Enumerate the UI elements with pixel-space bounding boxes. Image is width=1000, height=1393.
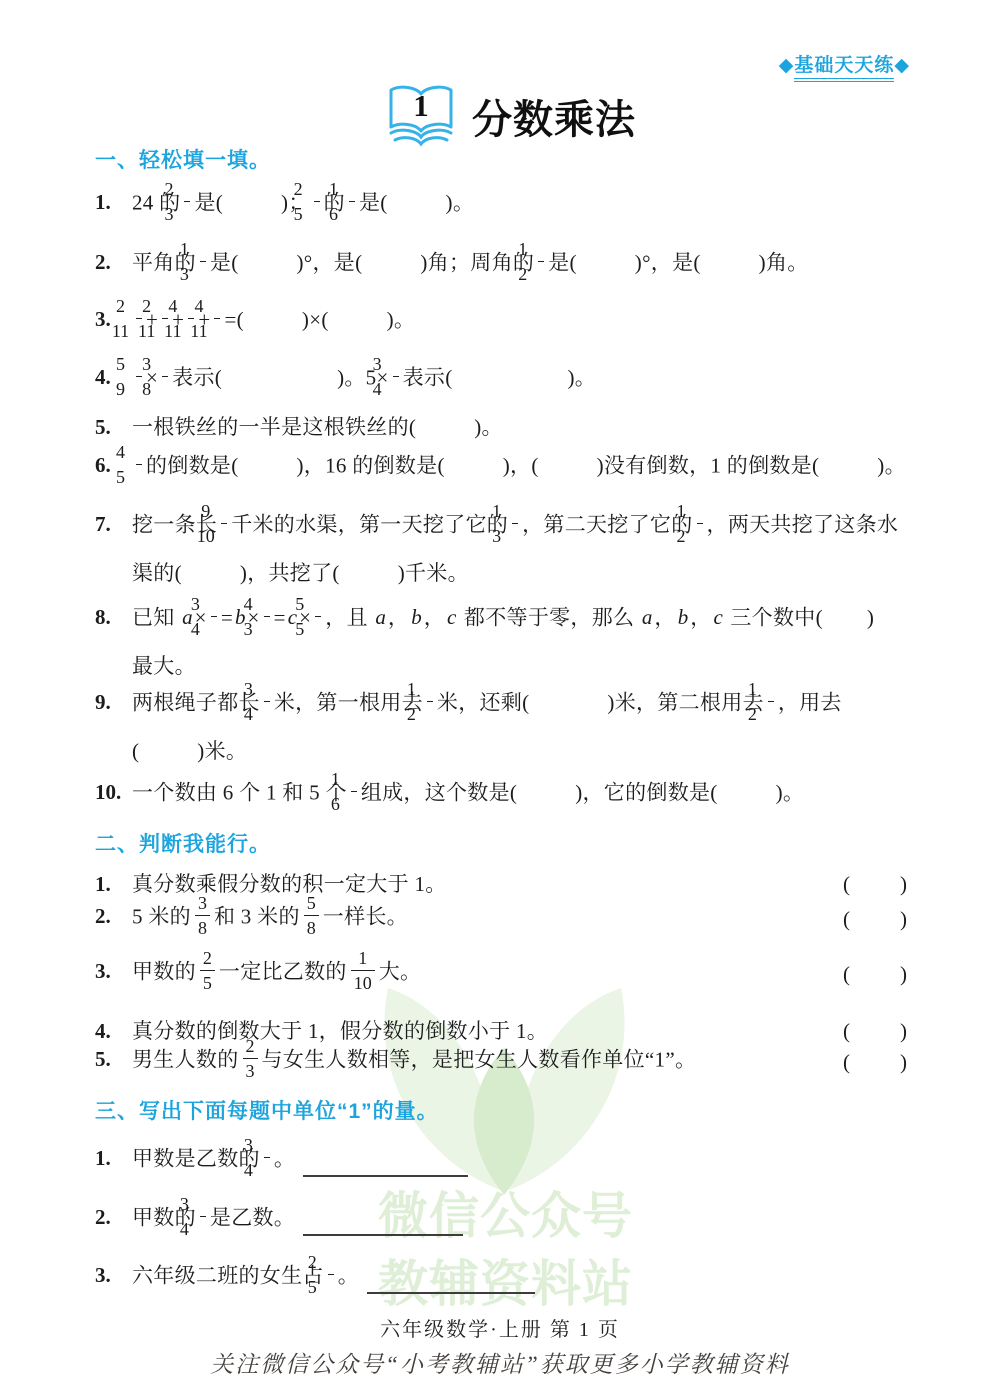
fraction: 12 (538, 237, 544, 286)
text-run: 最大。 (132, 654, 196, 678)
text-run: ，两天共挖了这条水 (707, 512, 899, 536)
fraction: 910 (221, 499, 227, 548)
diamond-left-icon: ◆ (779, 55, 795, 76)
fraction-numerator: 3 (211, 592, 217, 616)
fraction-denominator: 3 (184, 201, 190, 226)
text-run: )。 (776, 780, 805, 804)
fraction-denominator: 2 (697, 523, 703, 548)
fraction: 38 (195, 891, 210, 940)
fraction-numerator: 3 (264, 677, 270, 701)
paren-close: ) (900, 897, 907, 941)
text-run: 甲数是乙数的 (132, 1146, 260, 1170)
fraction-numerator: 1 (200, 237, 206, 261)
question-line: 9.两根绳子都长34米，第一根用去12米，还剩()米，第二根用去12，用去 (132, 680, 842, 729)
text-run: ) (867, 605, 874, 629)
question-row: 9.两根绳子都长34米，第一根用去12米，还剩()米，第二根用去12，用去()米… (95, 680, 842, 773)
fraction: 55 (315, 592, 321, 641)
text-run: )千米。 (398, 561, 469, 585)
fraction-denominator: 8 (195, 915, 210, 940)
question-row: 7.挖一条长910千米的水渠，第一天挖了它的13，第二天挖了它的12，两天共挖了… (95, 502, 898, 595)
fraction-numerator: 3 (264, 1133, 270, 1157)
question-text: 1.24 的23是()；25的16是()。 (132, 180, 474, 229)
paren-close: ) (900, 1040, 907, 1084)
judge-answer-box: () (843, 952, 907, 996)
fraction-denominator: 3 (200, 261, 206, 286)
text-run: 表示( (172, 365, 222, 389)
question-text: 2.甲数的34是乙数。 (132, 1195, 463, 1244)
fraction: 12 (768, 677, 774, 726)
variable: a (640, 605, 655, 629)
text-run: 两根绳子都长 (132, 690, 260, 714)
text-run: ， (654, 605, 675, 629)
question-number: 2. (95, 1195, 132, 1239)
question-line: 1.甲数是乙数的34。 (132, 1136, 468, 1185)
text-run: 是乙数。 (210, 1205, 295, 1229)
question-line: 3.211+211+411+411=()×()。 (132, 297, 415, 346)
text-run: )。 (877, 453, 906, 477)
fraction: 23 (243, 1034, 258, 1083)
answer-blank (819, 470, 877, 472)
text-run: ，且 (325, 605, 373, 629)
variable: c (712, 605, 725, 629)
text-run: 是( (210, 250, 239, 274)
variable: b (676, 605, 691, 629)
text-run: 男生人数的 (132, 1047, 239, 1071)
answer-blank (239, 470, 297, 472)
fraction-denominator: 2 (538, 261, 544, 286)
text-run: )。 (568, 365, 597, 389)
answer-blank (223, 207, 281, 209)
question-row: 5.男生人数的23与女生人数相等，是把女生人数看作单位“1”。() (95, 1037, 907, 1086)
question-text: 10.一个数由 6 个 1 和 5 个16组成，这个数是()，它的倒数是()。 (132, 770, 804, 819)
text-run: )°，是( (297, 250, 363, 274)
fraction: 110 (351, 946, 375, 995)
fraction-numerator: 1 (768, 677, 774, 701)
fraction-numerator: 4 (214, 294, 220, 318)
text-run: )，共挖了( (240, 561, 340, 585)
question-text: 3.六年级二班的女生占25。 (132, 1253, 535, 1302)
fraction-denominator: 10 (221, 523, 227, 548)
text-run: = (274, 605, 286, 629)
fraction-denominator: 3 (512, 523, 518, 548)
page-footer: 六年级数学·上册 第 1 页 (0, 1313, 1000, 1342)
fraction-denominator: 2 (427, 701, 433, 726)
fraction: 25 (328, 1250, 334, 1299)
text-run: )角；周角的 (420, 250, 534, 274)
text-run: 大。 (379, 959, 422, 983)
fraction: 13 (512, 499, 518, 548)
fraction-numerator: 2 (328, 1250, 334, 1274)
fraction: 59 (136, 352, 142, 401)
fraction-numerator: 1 (538, 237, 544, 261)
text-run: 甲数的 (132, 959, 196, 983)
text-run: 六年级二班的女生占 (132, 1263, 324, 1287)
fraction-numerator: 1 (351, 767, 357, 791)
question-text: 4.59×38表示()。5×34表示()。 (132, 355, 596, 404)
answer-blank (718, 797, 776, 799)
question-line: 1.24 的23是()；25的16是()。 (132, 180, 474, 229)
fraction-numerator: 4 (264, 592, 270, 616)
fraction-denominator: 8 (162, 376, 168, 401)
paren-close: ) (900, 952, 907, 996)
answer-underline (303, 1173, 468, 1177)
fraction-numerator: 1 (512, 499, 518, 523)
text-run: )，16 的倒数是( (297, 453, 445, 477)
text-run: )米。 (197, 739, 247, 763)
text-run: 组成，这个数是( (361, 780, 517, 804)
answer-blank (222, 382, 337, 384)
question-row: 3.甲数的25一定比乙数的110大。() (95, 949, 907, 998)
fraction: 16 (351, 767, 357, 816)
paren-open: ( (843, 1040, 850, 1084)
section-heading-2: 二、判断我能行。 (95, 831, 271, 858)
text-run: 已知 (132, 605, 180, 629)
text-run: )。 (387, 307, 416, 331)
text-run: 米，还剩( (437, 690, 530, 714)
text-run: )，它的倒数是( (575, 780, 717, 804)
answer-blank (340, 578, 398, 580)
question-line: 6.45的倒数是()，16 的倒数是()，()没有倒数，1 的倒数是()。 (132, 443, 906, 492)
question-row: 8.已知 a×34=b×43=c×55，且 a，b，c 都不等于零，那么 a，b… (95, 595, 874, 688)
answer-blank (445, 470, 503, 472)
question-text: 1.甲数是乙数的34。 (132, 1136, 468, 1185)
fraction-denominator: 4 (211, 616, 217, 641)
fraction-numerator: 2 (136, 294, 142, 318)
question-text: 2.5 米的38和 3 米的58一样长。 (95, 894, 408, 943)
answer-underline (303, 1232, 463, 1236)
fraction-denominator: 8 (304, 915, 319, 940)
question-number: 8. (95, 595, 132, 639)
question-number: 4. (95, 355, 132, 399)
text-run: 表示( (403, 365, 453, 389)
fraction-denominator: 3 (264, 616, 270, 641)
lesson-number: 1 (386, 88, 456, 124)
text-run: 的倒数是( (146, 453, 239, 477)
question-text: 8.已知 a×34=b×43=c×55，且 a，b，c 都不等于零，那么 a，b… (132, 595, 874, 688)
answer-blank (329, 324, 387, 326)
section-heading-1: 一、轻松填一填。 (95, 147, 271, 174)
question-number: 7. (95, 502, 132, 546)
question-text: 3.甲数的25一定比乙数的110大。 (95, 949, 421, 998)
question-number: 10. (95, 770, 132, 814)
fraction-numerator: 3 (393, 352, 399, 376)
text-run: ， (424, 605, 445, 629)
text-run: =( (224, 307, 243, 331)
answer-blank (182, 578, 240, 580)
answer-blank (539, 470, 597, 472)
answer-blank (139, 756, 197, 758)
fraction-denominator: 4 (200, 1216, 206, 1241)
fraction-denominator: 9 (136, 376, 142, 401)
header-badge: ◆基础天天练◆ (779, 50, 910, 77)
text-run: )，( (503, 453, 539, 477)
text-run: ， (388, 605, 409, 629)
question-line: 10.一个数由 6 个 1 和 5 个16组成，这个数是()，它的倒数是()。 (132, 770, 804, 819)
fraction: 23 (184, 177, 190, 226)
question-number: 2. (95, 894, 132, 938)
text-run: 米，第一根用去 (274, 690, 423, 714)
text-run: = (221, 605, 233, 629)
text-run: ，第二天挖了它的 (522, 512, 692, 536)
question-number: 2. (95, 240, 132, 284)
answer-blank (823, 622, 867, 624)
text-run: 千米的水渠，第一天挖了它的 (231, 512, 508, 536)
fraction-denominator: 3 (243, 1058, 258, 1083)
fraction-denominator: 5 (315, 616, 321, 641)
text-run: )米，第二根用去 (607, 690, 763, 714)
text-run: 和 3 米的 (214, 904, 300, 928)
fraction-numerator: 2 (162, 294, 168, 318)
fraction-numerator: 1 (351, 946, 375, 970)
question-line: ()米。 (132, 729, 842, 773)
text-run: 。 (274, 1146, 295, 1170)
question-number: 1. (95, 1136, 132, 1180)
fraction: 58 (304, 891, 319, 940)
fraction: 411 (214, 294, 220, 343)
answer-underline (367, 1290, 535, 1294)
fraction: 34 (393, 352, 399, 401)
question-row: 6.45的倒数是()，16 的倒数是()，()没有倒数，1 的倒数是()。 (95, 443, 906, 492)
answer-blank (362, 267, 420, 269)
fraction: 34 (264, 1133, 270, 1182)
text-run: 5 米的 (132, 904, 191, 928)
text-run: ，用去 (778, 690, 842, 714)
text-run: 渠的( (132, 561, 182, 585)
text-run: 是( (194, 190, 223, 214)
fraction-denominator: 4 (393, 376, 399, 401)
paren-open: ( (843, 952, 850, 996)
question-number: 3. (95, 949, 132, 993)
question-row: 2.甲数的34是乙数。 (95, 1195, 463, 1244)
fraction-numerator: 4 (136, 440, 142, 464)
question-number: 1. (95, 180, 132, 224)
fraction-numerator: 3 (195, 891, 210, 915)
question-row: 2.5 米的38和 3 米的58一样长。() (95, 894, 907, 943)
question-number: 5. (95, 1037, 132, 1081)
fraction-numerator: 5 (136, 352, 142, 376)
fraction: 34 (200, 1192, 206, 1241)
judge-answer-box: () (843, 1040, 907, 1084)
question-text: 3.211+211+411+411=()×()。 (132, 297, 415, 346)
answer-blank (416, 432, 474, 434)
fraction-denominator: 5 (200, 970, 215, 995)
fraction: 16 (349, 177, 355, 226)
fraction-denominator: 11 (214, 318, 220, 343)
answer-blank (239, 267, 297, 269)
fraction-numerator: 2 (200, 946, 215, 970)
text-run: 。 (338, 1263, 359, 1287)
text-run: ， (690, 605, 711, 629)
text-run: 真分数乘假分数的积一定大于 1。 (132, 872, 447, 896)
question-number: 6. (95, 443, 132, 487)
text-run: 三个数中( (725, 605, 823, 629)
fraction-numerator: 2 (184, 177, 190, 201)
variable: a (373, 605, 388, 629)
page-title: 分数乘法 (472, 88, 636, 145)
text-run: )角。 (759, 250, 809, 274)
question-line: 3.六年级二班的女生占25。 (132, 1253, 535, 1302)
question-text: 2.平角的13是()°，是()角；周角的12是()°，是()角。 (132, 240, 809, 289)
question-row: 1.24 的23是()；25的16是()。 (95, 180, 474, 229)
fraction-denominator: 5 (136, 464, 142, 489)
fraction-numerator: 3 (200, 1192, 206, 1216)
bottom-note: 关注微信公众号“小考教辅站”获取更多小学教辅资料 (0, 1346, 1000, 1379)
fraction-denominator: 2 (768, 701, 774, 726)
fraction: 45 (136, 440, 142, 489)
fraction-numerator: 1 (349, 177, 355, 201)
badge-label: 基础天天练 (794, 55, 894, 82)
question-line: 4.59×38表示()。5×34表示()。 (132, 355, 596, 404)
answer-blank (453, 382, 568, 384)
question-text: 9.两根绳子都长34米，第一根用去12米，还剩()米，第二根用去12，用去()米… (132, 680, 842, 773)
fraction-numerator: 2 (314, 177, 320, 201)
fraction-denominator: 4 (264, 701, 270, 726)
fraction-numerator: 1 (697, 499, 703, 523)
text-run: 一定比乙数的 (219, 959, 347, 983)
fraction-numerator: 3 (162, 352, 168, 376)
fraction-denominator: 4 (264, 1157, 270, 1182)
section-heading-3: 三、写出下面每题中单位“1”的量。 (95, 1098, 439, 1125)
question-row: 3.211+211+411+411=()×()。 (95, 297, 415, 346)
question-number: 9. (95, 680, 132, 724)
text-run: )°，是( (635, 250, 701, 274)
paren-open: ( (843, 897, 850, 941)
answer-blank (244, 324, 302, 326)
text-run: 一样长。 (323, 904, 408, 928)
fraction: 12 (427, 677, 433, 726)
answer-blank (517, 797, 575, 799)
fraction: 43 (264, 592, 270, 641)
fraction: 12 (697, 499, 703, 548)
fraction-denominator: 10 (351, 970, 375, 995)
question-line: 2.平角的13是()°，是()角；周角的12是()°，是()角。 (132, 240, 809, 289)
variable: b (409, 605, 424, 629)
text-run: 是( (359, 190, 388, 214)
question-line: 2.甲数的34是乙数。 (132, 1195, 463, 1244)
fraction-numerator: 4 (188, 294, 194, 318)
open-book-icon: 1 (386, 84, 456, 148)
fraction-numerator: 5 (315, 592, 321, 616)
answer-blank (388, 207, 446, 209)
fraction-numerator: 2 (243, 1034, 258, 1058)
answer-blank (701, 267, 759, 269)
question-row: 3.六年级二班的女生占25。 (95, 1253, 535, 1302)
question-line: 7.挖一条长910千米的水渠，第一天挖了它的13，第二天挖了它的12，两天共挖了… (132, 502, 898, 551)
text-run: 是( (548, 250, 577, 274)
title-row: 1 分数乘法 (386, 84, 636, 148)
worksheet-page: 微信公众号 教辅资料站 ◆基础天天练◆ 1 分数乘法 一、轻松填一填。1.24 … (0, 0, 1000, 1393)
judge-answer-box: () (843, 897, 907, 941)
question-line: 渠的()，共挖了()千米。 (132, 551, 898, 595)
fraction: 25 (314, 177, 320, 226)
variable: c (445, 605, 458, 629)
question-row: 2.平角的13是()°，是()角；周角的12是()°，是()角。 (95, 240, 809, 289)
text-run: 一个数由 6 个 1 和 5 个 (132, 780, 347, 804)
text-run: 一根铁丝的一半是这根铁丝的( (132, 415, 416, 439)
answer-blank (577, 267, 635, 269)
text-run: )没有倒数，1 的倒数是( (597, 453, 820, 477)
fraction: 25 (200, 946, 215, 995)
text-run: 都不等于零，那么 (458, 605, 640, 629)
question-number: 3. (95, 1253, 132, 1297)
fraction: 34 (264, 677, 270, 726)
fraction-denominator: 6 (351, 791, 357, 816)
fraction-numerator: 9 (221, 499, 227, 523)
answer-blank (529, 707, 607, 709)
question-row: 4.59×38表示()。5×34表示()。 (95, 355, 596, 404)
diamond-right-icon: ◆ (894, 55, 910, 76)
fraction: 13 (200, 237, 206, 286)
question-text: 5.男生人数的23与女生人数相等，是把女生人数看作单位“1”。 (95, 1037, 696, 1086)
fraction: 38 (162, 352, 168, 401)
fraction-numerator: 1 (427, 677, 433, 701)
text-run: ( (132, 739, 139, 763)
text-run: 与女生人数相等，是把女生人数看作单位“1”。 (262, 1047, 697, 1071)
fraction-numerator: 5 (304, 891, 319, 915)
question-row: 10.一个数由 6 个 1 和 5 个16组成，这个数是()，它的倒数是()。 (95, 770, 804, 819)
question-row: 1.甲数是乙数的34。 (95, 1136, 468, 1185)
fraction: 34 (211, 592, 217, 641)
fraction-denominator: 5 (314, 201, 320, 226)
fraction-denominator: 5 (328, 1274, 334, 1299)
fraction-denominator: 6 (349, 201, 355, 226)
text-run: )。 (474, 415, 503, 439)
question-text: 6.45的倒数是()，16 的倒数是()，()没有倒数，1 的倒数是()。 (132, 443, 906, 492)
text-run: )×( (302, 307, 329, 331)
text-run: )。 (446, 190, 475, 214)
question-line: 8.已知 a×34=b×43=c×55，且 a，b，c 都不等于零，那么 a，b… (132, 595, 874, 644)
question-text: 7.挖一条长910千米的水渠，第一天挖了它的13，第二天挖了它的12，两天共挖了… (132, 502, 898, 595)
